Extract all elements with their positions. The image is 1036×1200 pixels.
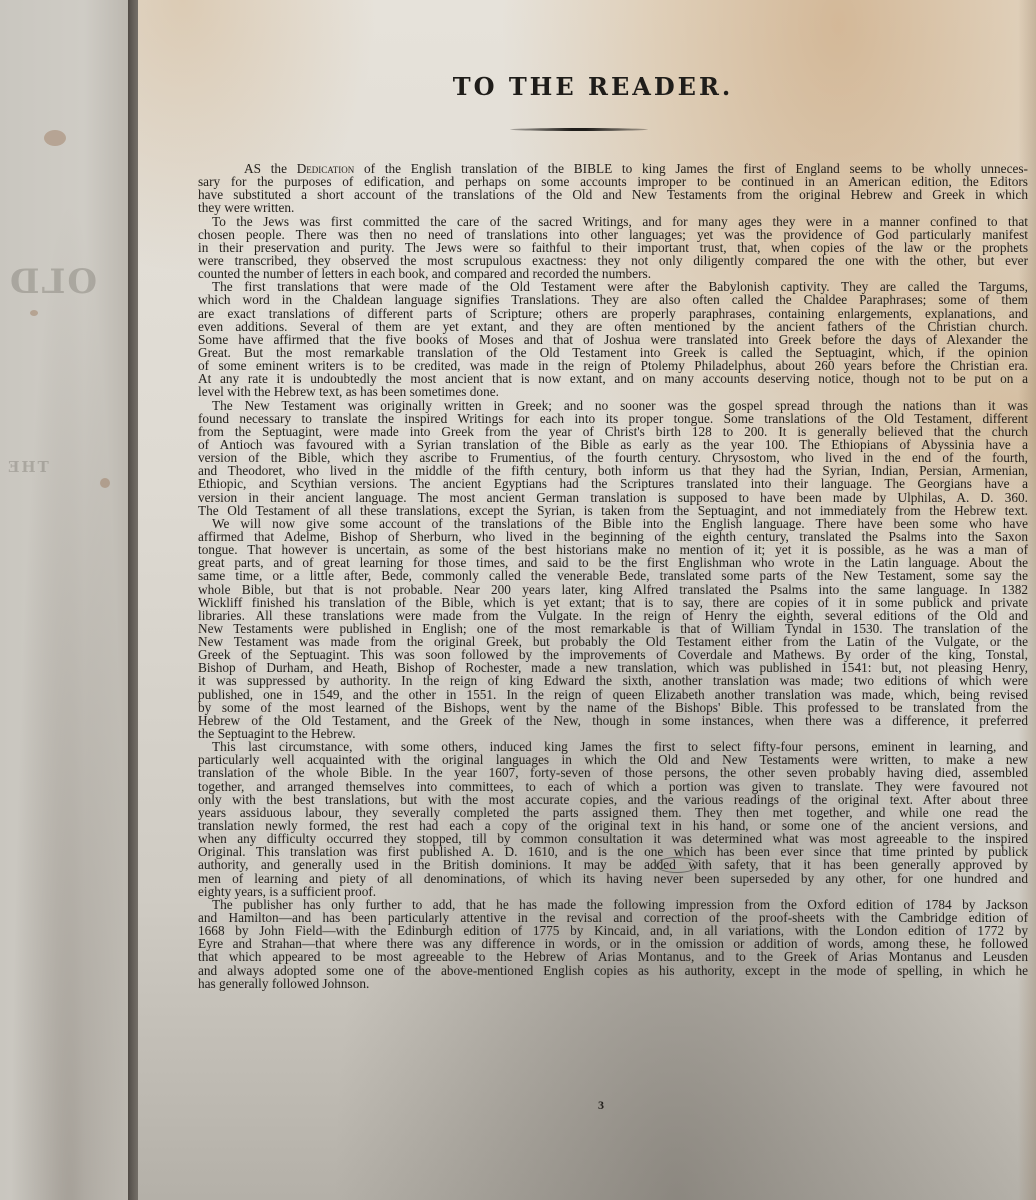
text-line: it was suppressed by authority. In the r… bbox=[198, 674, 1028, 687]
right-page: TO THE READER. AS the Dedication of the … bbox=[138, 0, 1036, 1200]
text-line: men of learning and piety of all denomin… bbox=[198, 872, 1028, 885]
text-line: are exact translations of different part… bbox=[198, 307, 1028, 320]
text-line: Ethiopic, and Scythian versions. The anc… bbox=[198, 477, 1028, 490]
text-line: authority, and generally used in the Bri… bbox=[198, 858, 1028, 871]
text-line: found necessary to translate the inspire… bbox=[198, 412, 1028, 425]
text-line: in their preservation and purity. The Je… bbox=[198, 241, 1028, 254]
book-spread: OLD THE TO THE READER. AS the Dedication… bbox=[0, 0, 1036, 1200]
text-line: level with the Hebrew text, as has been … bbox=[198, 385, 1028, 398]
text-line: eighty years, is a sufficient proof. bbox=[198, 885, 1028, 898]
pencil-circle-annotation bbox=[656, 857, 698, 873]
text-line: Wickliff finished his translation of the… bbox=[198, 596, 1028, 609]
page-title: TO THE READER. bbox=[138, 72, 1036, 101]
text-line: from the Septuagint, were made into Gree… bbox=[198, 425, 1028, 438]
left-page: OLD THE bbox=[0, 0, 140, 1200]
text-line: chosen people. There was then no need of… bbox=[198, 228, 1028, 241]
text-line: We will now give some account of the tra… bbox=[198, 517, 1028, 530]
text-line: which word in the Chaldean language sign… bbox=[198, 293, 1028, 306]
text-line: that which appeared to be most agreeable… bbox=[198, 950, 1028, 963]
foxing-spot bbox=[30, 310, 38, 316]
text-line: only with the best translations, but wit… bbox=[198, 793, 1028, 806]
text-line: even additions. Several of them are yet … bbox=[198, 320, 1028, 333]
bleed-through-text: OLD bbox=[8, 262, 97, 302]
text-line: and always adopted some one of the above… bbox=[198, 964, 1028, 977]
foxing-spot bbox=[100, 478, 110, 488]
text-line: has generally followed Johnson. bbox=[198, 977, 1028, 990]
text-line: published, one in 1549, and the other in… bbox=[198, 688, 1028, 701]
title-ornament-rule bbox=[510, 128, 648, 131]
text-line: have substituted a short account of the … bbox=[198, 188, 1028, 201]
text-line: same time, or a little after, Bede, comm… bbox=[198, 569, 1028, 582]
text-line: To the Jews was first committed the care… bbox=[198, 215, 1028, 228]
page-number: 3 bbox=[138, 1098, 1036, 1113]
body-text: AS the Dedication of the English transla… bbox=[198, 162, 1028, 990]
bleed-through-text: THE bbox=[6, 458, 49, 476]
text-line: translation of the whole Bible. In the y… bbox=[198, 766, 1028, 779]
text-line: by some of the most learned of the Bisho… bbox=[198, 701, 1028, 714]
text-line: The Old Testament of all these translati… bbox=[198, 504, 1028, 517]
text-line: libraries. All these translations were m… bbox=[198, 609, 1028, 622]
text-line: whole Bible, but that is not probable. N… bbox=[198, 583, 1028, 596]
text-line: Some have affirmed that the five books o… bbox=[198, 333, 1028, 346]
foxing-spot bbox=[44, 130, 66, 146]
text-line: The New Testament was originally written… bbox=[198, 399, 1028, 412]
text-line: version in their ancient language. The m… bbox=[198, 491, 1028, 504]
text-line: they were written. bbox=[198, 201, 1028, 214]
text-line: together, and arranged themselves into c… bbox=[198, 780, 1028, 793]
